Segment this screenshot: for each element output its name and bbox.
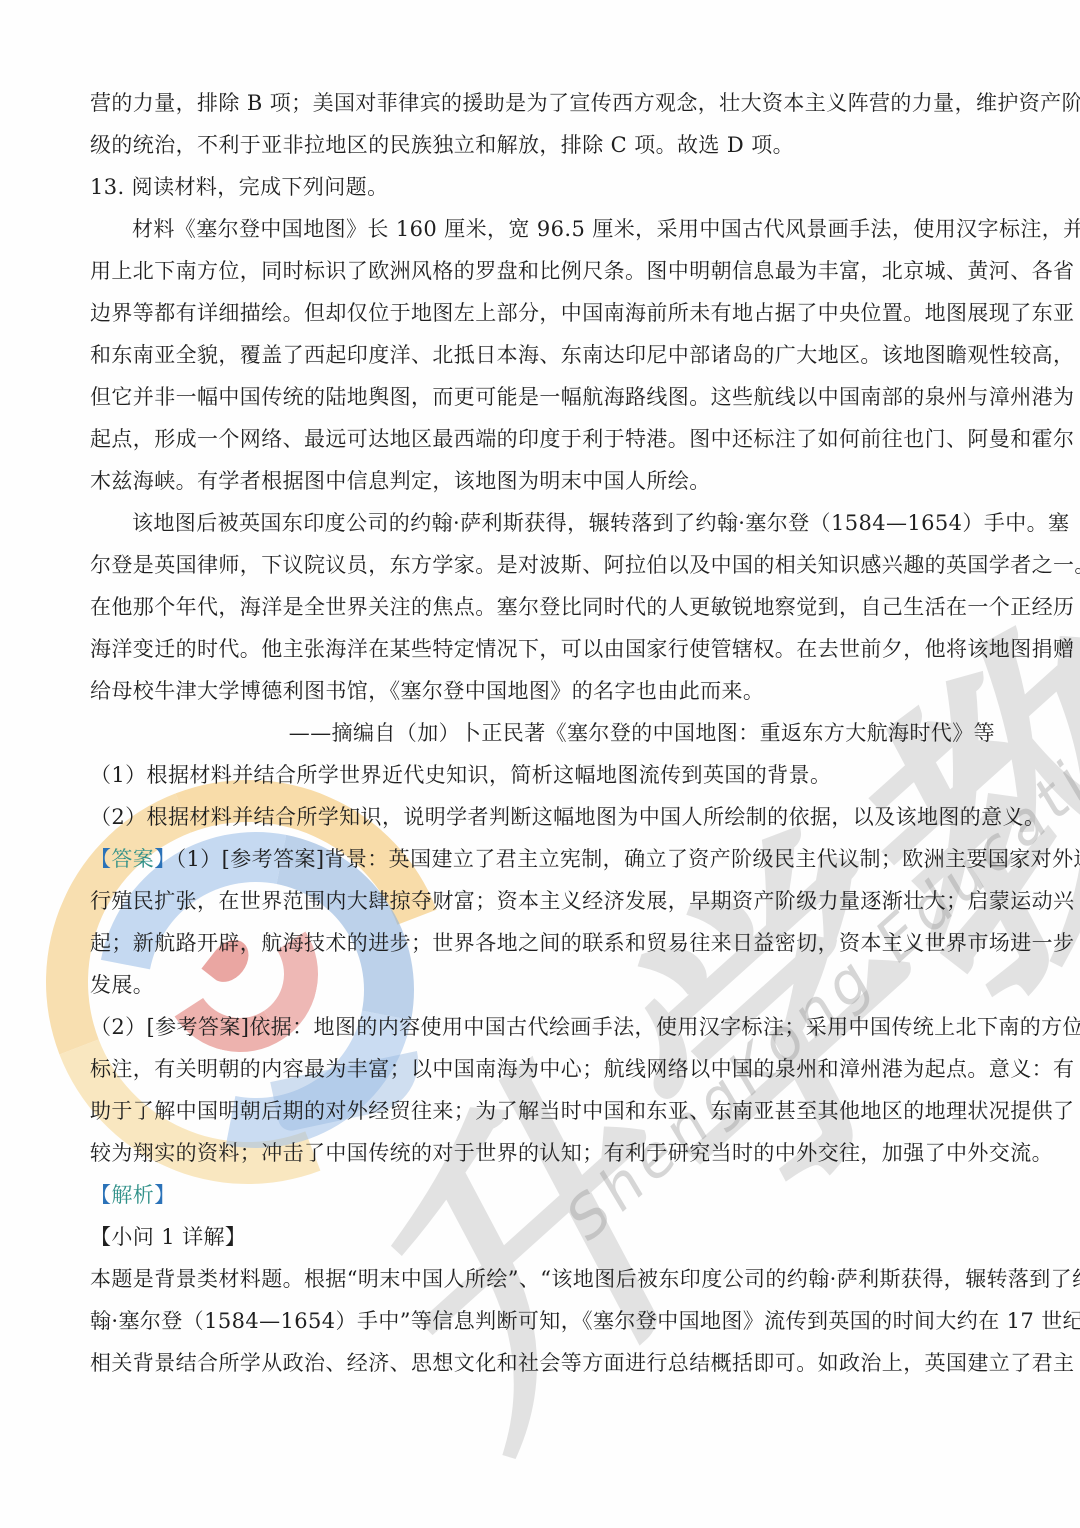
text-line: 发展。 — [90, 964, 995, 1006]
text-line: 该地图后被英国东印度公司的约翰·萨利斯获得，辗转落到了约翰·塞尔登（1584—1… — [90, 502, 995, 544]
text-line: 营的力量，排除 B 项；美国对菲律宾的援助是为了宣传西方观念，壮大资本主义阵营的… — [90, 82, 995, 124]
line-text: ——摘编自（加）卜正民著《塞尔登的中国地图：重返东方大航海时代》等 — [289, 721, 995, 745]
text-line: 翰·塞尔登（1584—1654）手中”等信息判断可知，《塞尔登中国地图》流传到英… — [90, 1300, 995, 1342]
line-text: （2）[参考答案]依据：地图的内容使用中国古代绘画手法，使用汉字标注；采用中国传… — [90, 1015, 1080, 1039]
line-text: 给母校牛津大学博德利图书馆，《塞尔登中国地图》的名字也由此而来。 — [90, 679, 764, 703]
line-text: 边界等都有详细描绘。但却仅位于地图左上部分，中国南海前所未有地占据了中央位置。地… — [90, 301, 1074, 325]
text-line: 【解析】 — [90, 1174, 995, 1216]
line-text: （1）根据材料并结合所学世界近代史知识，简析这幅地图流传到英国的背景。 — [90, 763, 831, 787]
line-text: 发展。 — [90, 973, 154, 997]
line-text: 海洋变迁的时代。他主张海洋在某些特定情况下，可以由国家行使管辖权。在去世前夕，他… — [90, 637, 1074, 661]
line-text: 用上北下南方位，同时标识了欧洲风格的罗盘和比例尺条。图中明朝信息最为丰富，北京城… — [90, 259, 1074, 283]
text-line: 材料《塞尔登中国地图》长 160 厘米，宽 96.5 厘米，采用中国古代风景画手… — [90, 208, 995, 250]
text-line: 助于了解中国明朝后期的对外经贸往来；为了解当时中国和东亚、东南亚甚至其他地区的地… — [90, 1090, 995, 1132]
line-text: 行殖民扩张，在世界范围内大肆掠夺财富；资本主义经济发展，早期资产阶级力量逐渐壮大… — [90, 889, 1074, 913]
line-text: 相关背景结合所学从政治、经济、思想文化和社会等方面进行总结概括即可。如政治上，英… — [90, 1351, 1074, 1375]
text-line: ——摘编自（加）卜正民著《塞尔登的中国地图：重返东方大航海时代》等 — [90, 712, 995, 754]
text-line: 起；新航路开辟，航海技术的进步；世界各地之间的联系和贸易往来日益密切，资本主义世… — [90, 922, 995, 964]
text-line: 但它并非一幅中国传统的陆地舆图，而更可能是一幅航海路线图。这些航线以中国南部的泉… — [90, 376, 995, 418]
scanned-exam-page: 升学教育 ShengKong Education 营的力量，排除 B 项；美国对… — [0, 0, 1080, 1528]
line-text: 【小问 1 详解】 — [90, 1225, 246, 1249]
line-text: 材料《塞尔登中国地图》长 160 厘米，宽 96.5 厘米，采用中国古代风景画手… — [132, 217, 1080, 241]
line-text: 13. 阅读材料，完成下列问题。 — [90, 175, 388, 199]
text-line: 13. 阅读材料，完成下列问题。 — [90, 166, 995, 208]
text-line: 【答案】（1）[参考答案]背景：英国建立了君主立宪制，确立了资产阶级民主代议制；… — [90, 838, 995, 880]
text-line: 相关背景结合所学从政治、经济、思想文化和社会等方面进行总结概括即可。如政治上，英… — [90, 1342, 995, 1384]
text-line: 用上北下南方位，同时标识了欧洲风格的罗盘和比例尺条。图中明朝信息最为丰富，北京城… — [90, 250, 995, 292]
text-line: （2）根据材料并结合所学知识，说明学者判断这幅地图为中国人所绘制的依据，以及该地… — [90, 796, 995, 838]
text-line: 行殖民扩张，在世界范围内大肆掠夺财富；资本主义经济发展，早期资产阶级力量逐渐壮大… — [90, 880, 995, 922]
line-text: 标注，有关明朝的内容最为丰富；以中国南海为中心；航线网络以中国的泉州和漳州港为起… — [90, 1057, 1074, 1081]
line-text: （1）[参考答案]背景：英国建立了君主立宪制，确立了资产阶级民主代议制；欧洲主要… — [176, 847, 1080, 871]
analysis-marker: 【解析】 — [90, 1183, 176, 1207]
line-text: 级的统治，不利于亚非拉地区的民族独立和解放，排除 C 项。故选 D 项。 — [90, 133, 794, 157]
line-text: 木兹海峡。有学者根据图中信息判定，该地图为明末中国人所绘。 — [90, 469, 711, 493]
text-line: 较为翔实的资料；冲击了中国传统的对于世界的认知；有利于研究当时的中外交往，加强了… — [90, 1132, 995, 1174]
line-text: 该地图后被英国东印度公司的约翰·萨利斯获得，辗转落到了约翰·塞尔登（1584—1… — [132, 511, 1069, 535]
line-text: 尔登是英国律师，下议院议员，东方学家。是对波斯、阿拉伯以及中国的相关知识感兴趣的… — [90, 553, 1080, 577]
line-text: 翰·塞尔登（1584—1654）手中”等信息判断可知，《塞尔登中国地图》流传到英… — [90, 1309, 1080, 1333]
text-line: （2）[参考答案]依据：地图的内容使用中国古代绘画手法，使用汉字标注；采用中国传… — [90, 1006, 995, 1048]
text-line: 海洋变迁的时代。他主张海洋在某些特定情况下，可以由国家行使管辖权。在去世前夕，他… — [90, 628, 995, 670]
line-text: 营的力量，排除 B 项；美国对菲律宾的援助是为了宣传西方观念，壮大资本主义阵营的… — [90, 91, 1080, 115]
text-line: 级的统治，不利于亚非拉地区的民族独立和解放，排除 C 项。故选 D 项。 — [90, 124, 995, 166]
text-line: 木兹海峡。有学者根据图中信息判定，该地图为明末中国人所绘。 — [90, 460, 995, 502]
text-line: （1）根据材料并结合所学世界近代史知识，简析这幅地图流传到英国的背景。 — [90, 754, 995, 796]
line-text: （2）根据材料并结合所学知识，说明学者判断这幅地图为中国人所绘制的依据，以及该地… — [90, 805, 1045, 829]
line-text: 在他那个年代，海洋是全世界关注的焦点。塞尔登比同时代的人更敏锐地察觉到，自己生活… — [90, 595, 1074, 619]
text-line: 在他那个年代，海洋是全世界关注的焦点。塞尔登比同时代的人更敏锐地察觉到，自己生活… — [90, 586, 995, 628]
text-line: 起点，形成一个网络、最远可达地区最西端的印度于利于特港。图中还标注了如何前往也门… — [90, 418, 995, 460]
text-line: 边界等都有详细描绘。但却仅位于地图左上部分，中国南海前所未有地占据了中央位置。地… — [90, 292, 995, 334]
line-text: 起点，形成一个网络、最远可达地区最西端的印度于利于特港。图中还标注了如何前往也门… — [90, 427, 1074, 451]
text-line: 和东南亚全貌，覆盖了西起印度洋、北抵日本海、东南达印尼中部诸岛的广大地区。该地图… — [90, 334, 995, 376]
text-line: 标注，有关明朝的内容最为丰富；以中国南海为中心；航线网络以中国的泉州和漳州港为起… — [90, 1048, 995, 1090]
line-text: 和东南亚全貌，覆盖了西起印度洋、北抵日本海、东南达印尼中部诸岛的广大地区。该地图… — [90, 343, 1074, 367]
line-text: 较为翔实的资料；冲击了中国传统的对于世界的认知；有利于研究当时的中外交往，加强了… — [90, 1141, 1053, 1165]
line-text: 起；新航路开辟，航海技术的进步；世界各地之间的联系和贸易往来日益密切，资本主义世… — [90, 931, 1074, 955]
text-line: 本题是背景类材料题。根据“明末中国人所绘”、“该地图后被东印度公司的约翰·萨利斯… — [90, 1258, 995, 1300]
answer-marker: 【答案】 — [90, 847, 176, 871]
text-line: 【小问 1 详解】 — [90, 1216, 995, 1258]
line-text: 本题是背景类材料题。根据“明末中国人所绘”、“该地图后被东印度公司的约翰·萨利斯… — [90, 1267, 1080, 1291]
text-line: 尔登是英国律师，下议院议员，东方学家。是对波斯、阿拉伯以及中国的相关知识感兴趣的… — [90, 544, 995, 586]
line-text: 但它并非一幅中国传统的陆地舆图，而更可能是一幅航海路线图。这些航线以中国南部的泉… — [90, 385, 1074, 409]
line-text: 助于了解中国明朝后期的对外经贸往来；为了解当时中国和东亚、东南亚甚至其他地区的地… — [90, 1099, 1074, 1123]
document-text: 营的力量，排除 B 项；美国对菲律宾的援助是为了宣传西方观念，壮大资本主义阵营的… — [90, 82, 995, 1384]
text-line: 给母校牛津大学博德利图书馆，《塞尔登中国地图》的名字也由此而来。 — [90, 670, 995, 712]
